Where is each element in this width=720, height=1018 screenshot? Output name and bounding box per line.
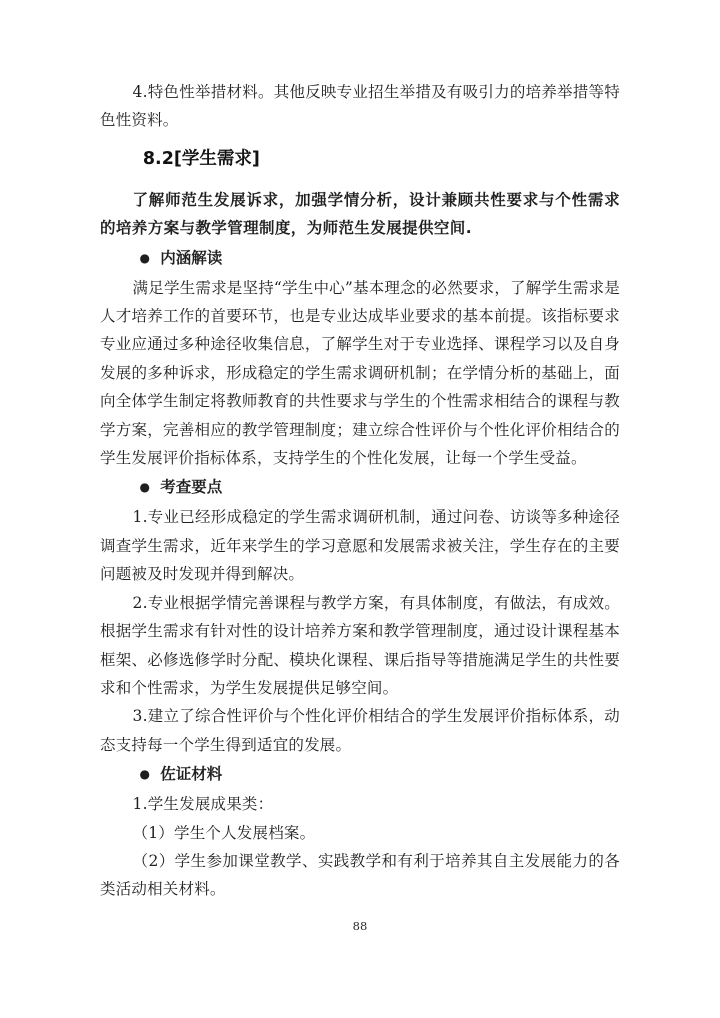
bullet-heading-interpretation: ●内涵解读 bbox=[100, 244, 620, 273]
paragraph-materials-item-2: （2）学生参加课堂教学、实践教学和有利于培养其自主发展能力的各类活动相关材料。 bbox=[100, 847, 620, 904]
bullet-heading-key-points: ●考查要点 bbox=[100, 473, 620, 502]
paragraph-materials-item-1: （1）学生个人发展档案。 bbox=[100, 819, 620, 847]
bullet-icon: ● bbox=[140, 760, 150, 789]
document-page: 4.特色性举措材料。其他反映专业招生举措及有吸引力的培养举措等特色性资料。 8.… bbox=[0, 0, 720, 1018]
bullet-heading-label: 内涵解读 bbox=[160, 249, 222, 267]
bullet-icon: ● bbox=[140, 473, 150, 502]
paragraph-special-measures: 4.特色性举措材料。其他反映专业招生举措及有吸引力的培养举措等特色性资料。 bbox=[100, 78, 620, 135]
bullet-heading-label: 考查要点 bbox=[160, 478, 222, 496]
paragraph-materials-category: 1.学生发展成果类： bbox=[100, 790, 620, 818]
paragraph-interpretation-body: 满足学生需求是坚持“学生中心”基本理念的必然要求，了解学生需求是人才培养工作的首… bbox=[100, 274, 620, 473]
paragraph-key-point-2: 2.专业根据学情完善课程与教学方案，有具体制度，有做法，有成效。根据学生需求有针… bbox=[100, 589, 620, 703]
section-summary-paragraph: 了解师范生发展诉求，加强学情分析，设计兼顾共性要求与个性需求的培养方案与教学管理… bbox=[100, 186, 620, 243]
bullet-heading-supporting-materials: ●佐证材料 bbox=[100, 760, 620, 789]
page-number: 88 bbox=[0, 918, 720, 934]
paragraph-key-point-1: 1.专业已经形成稳定的学生需求调研机制，通过问卷、访谈等多种途径调查学生需求，近… bbox=[100, 503, 620, 588]
paragraph-key-point-3: 3.建立了综合性评价与个性化评价相结合的学生发展评价指标体系，动态支持每一个学生… bbox=[100, 702, 620, 759]
bullet-heading-label: 佐证材料 bbox=[160, 765, 222, 783]
bullet-icon: ● bbox=[140, 244, 150, 273]
section-heading: 8.2[学生需求] bbox=[100, 144, 620, 174]
